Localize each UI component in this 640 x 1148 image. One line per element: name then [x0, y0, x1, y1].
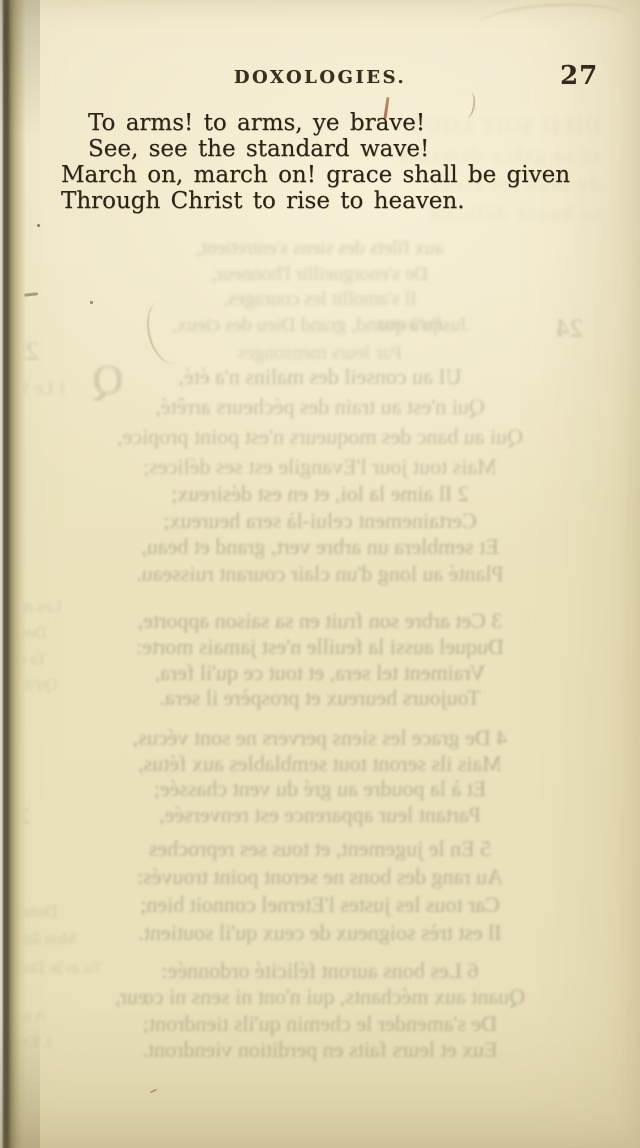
- book-spine-shading: [0, 0, 40, 1148]
- bleed-line: Toujours heureux et prospère il sera.: [30, 685, 610, 711]
- bleed-stanza: Pseaume: [300, 312, 520, 334]
- verse-line: Through Christ to rise to heaven.: [61, 188, 601, 214]
- bleed-line: 3 Cet arbre son fruit en sa saison appor…: [30, 608, 610, 634]
- bleed-page-number-ghost: 24: [556, 313, 583, 344]
- bleed-line: aux filets des siens s'entretient,: [30, 236, 610, 262]
- bleed-line: Vraiment tel sera, et tout ce qu'il fera…: [30, 660, 610, 686]
- bleed-line: 6 Les bons auront félicité ordonnée:: [30, 958, 610, 984]
- bleed-stanza: 2 Il aime la loi, et en est désireux;Cer…: [30, 481, 610, 587]
- bleed-line: 2 Il aime la loi, et en est désireux;: [30, 481, 610, 508]
- bleed-stanza: 4 De grace les siens pervers ne sont véc…: [30, 725, 610, 827]
- bleed-line: Duquel aussi la feuille n'est jamais mor…: [30, 634, 610, 660]
- hymn-verse: To arms! to arms, ye brave! See, see the…: [61, 110, 601, 214]
- bleed-line: Partant leur apparence est renversée,: [30, 802, 610, 828]
- bleed-line: Mais tout jour l'Evangile est ses délice…: [30, 452, 610, 482]
- bleed-line: Planté au long d'un clair courant ruisse…: [30, 561, 610, 588]
- verse-line: March on, march on! grace shall be given: [61, 162, 601, 188]
- running-header: DOXOLOGIES.: [0, 67, 640, 88]
- bleed-stanza: 3 Cet arbre son fruit en sa saison appor…: [30, 608, 610, 711]
- bleed-line: Il s'amollit les courages,: [30, 287, 610, 313]
- bleed-line: De s'enorgueillir l'honneur,: [30, 262, 610, 288]
- verse-line: To arms! to arms, ye brave!: [61, 110, 601, 136]
- book-page: DIEU SOIT LOUÉet sa grâce demeurede tous…: [0, 0, 640, 1148]
- bleed-line: 5 En le jugement, et tous ses reproches: [30, 835, 610, 863]
- bleed-line: Pseaume: [300, 312, 520, 334]
- bleed-line: Certainement celui-là sera heureux;: [30, 508, 610, 535]
- bleed-line: Mais ils seront tout semblables aux fétu…: [30, 751, 610, 777]
- bleed-line: Au rang des bons ne seront point trouvés…: [30, 863, 610, 891]
- bleed-line: 4 De grace les siens pervers ne sont véc…: [30, 725, 610, 751]
- page-number: 27: [560, 61, 598, 91]
- bleed-line: Qui au banc des moqueurs n'est point pro…: [30, 422, 610, 452]
- verse-line: See, see the standard wave!: [61, 136, 601, 162]
- bleed-line: Et semblera un arbre vert, grand et beau…: [30, 534, 610, 561]
- bleed-line: Et à la poudre au gré du vent chassée;: [30, 776, 610, 802]
- paper-speck: [90, 301, 93, 304]
